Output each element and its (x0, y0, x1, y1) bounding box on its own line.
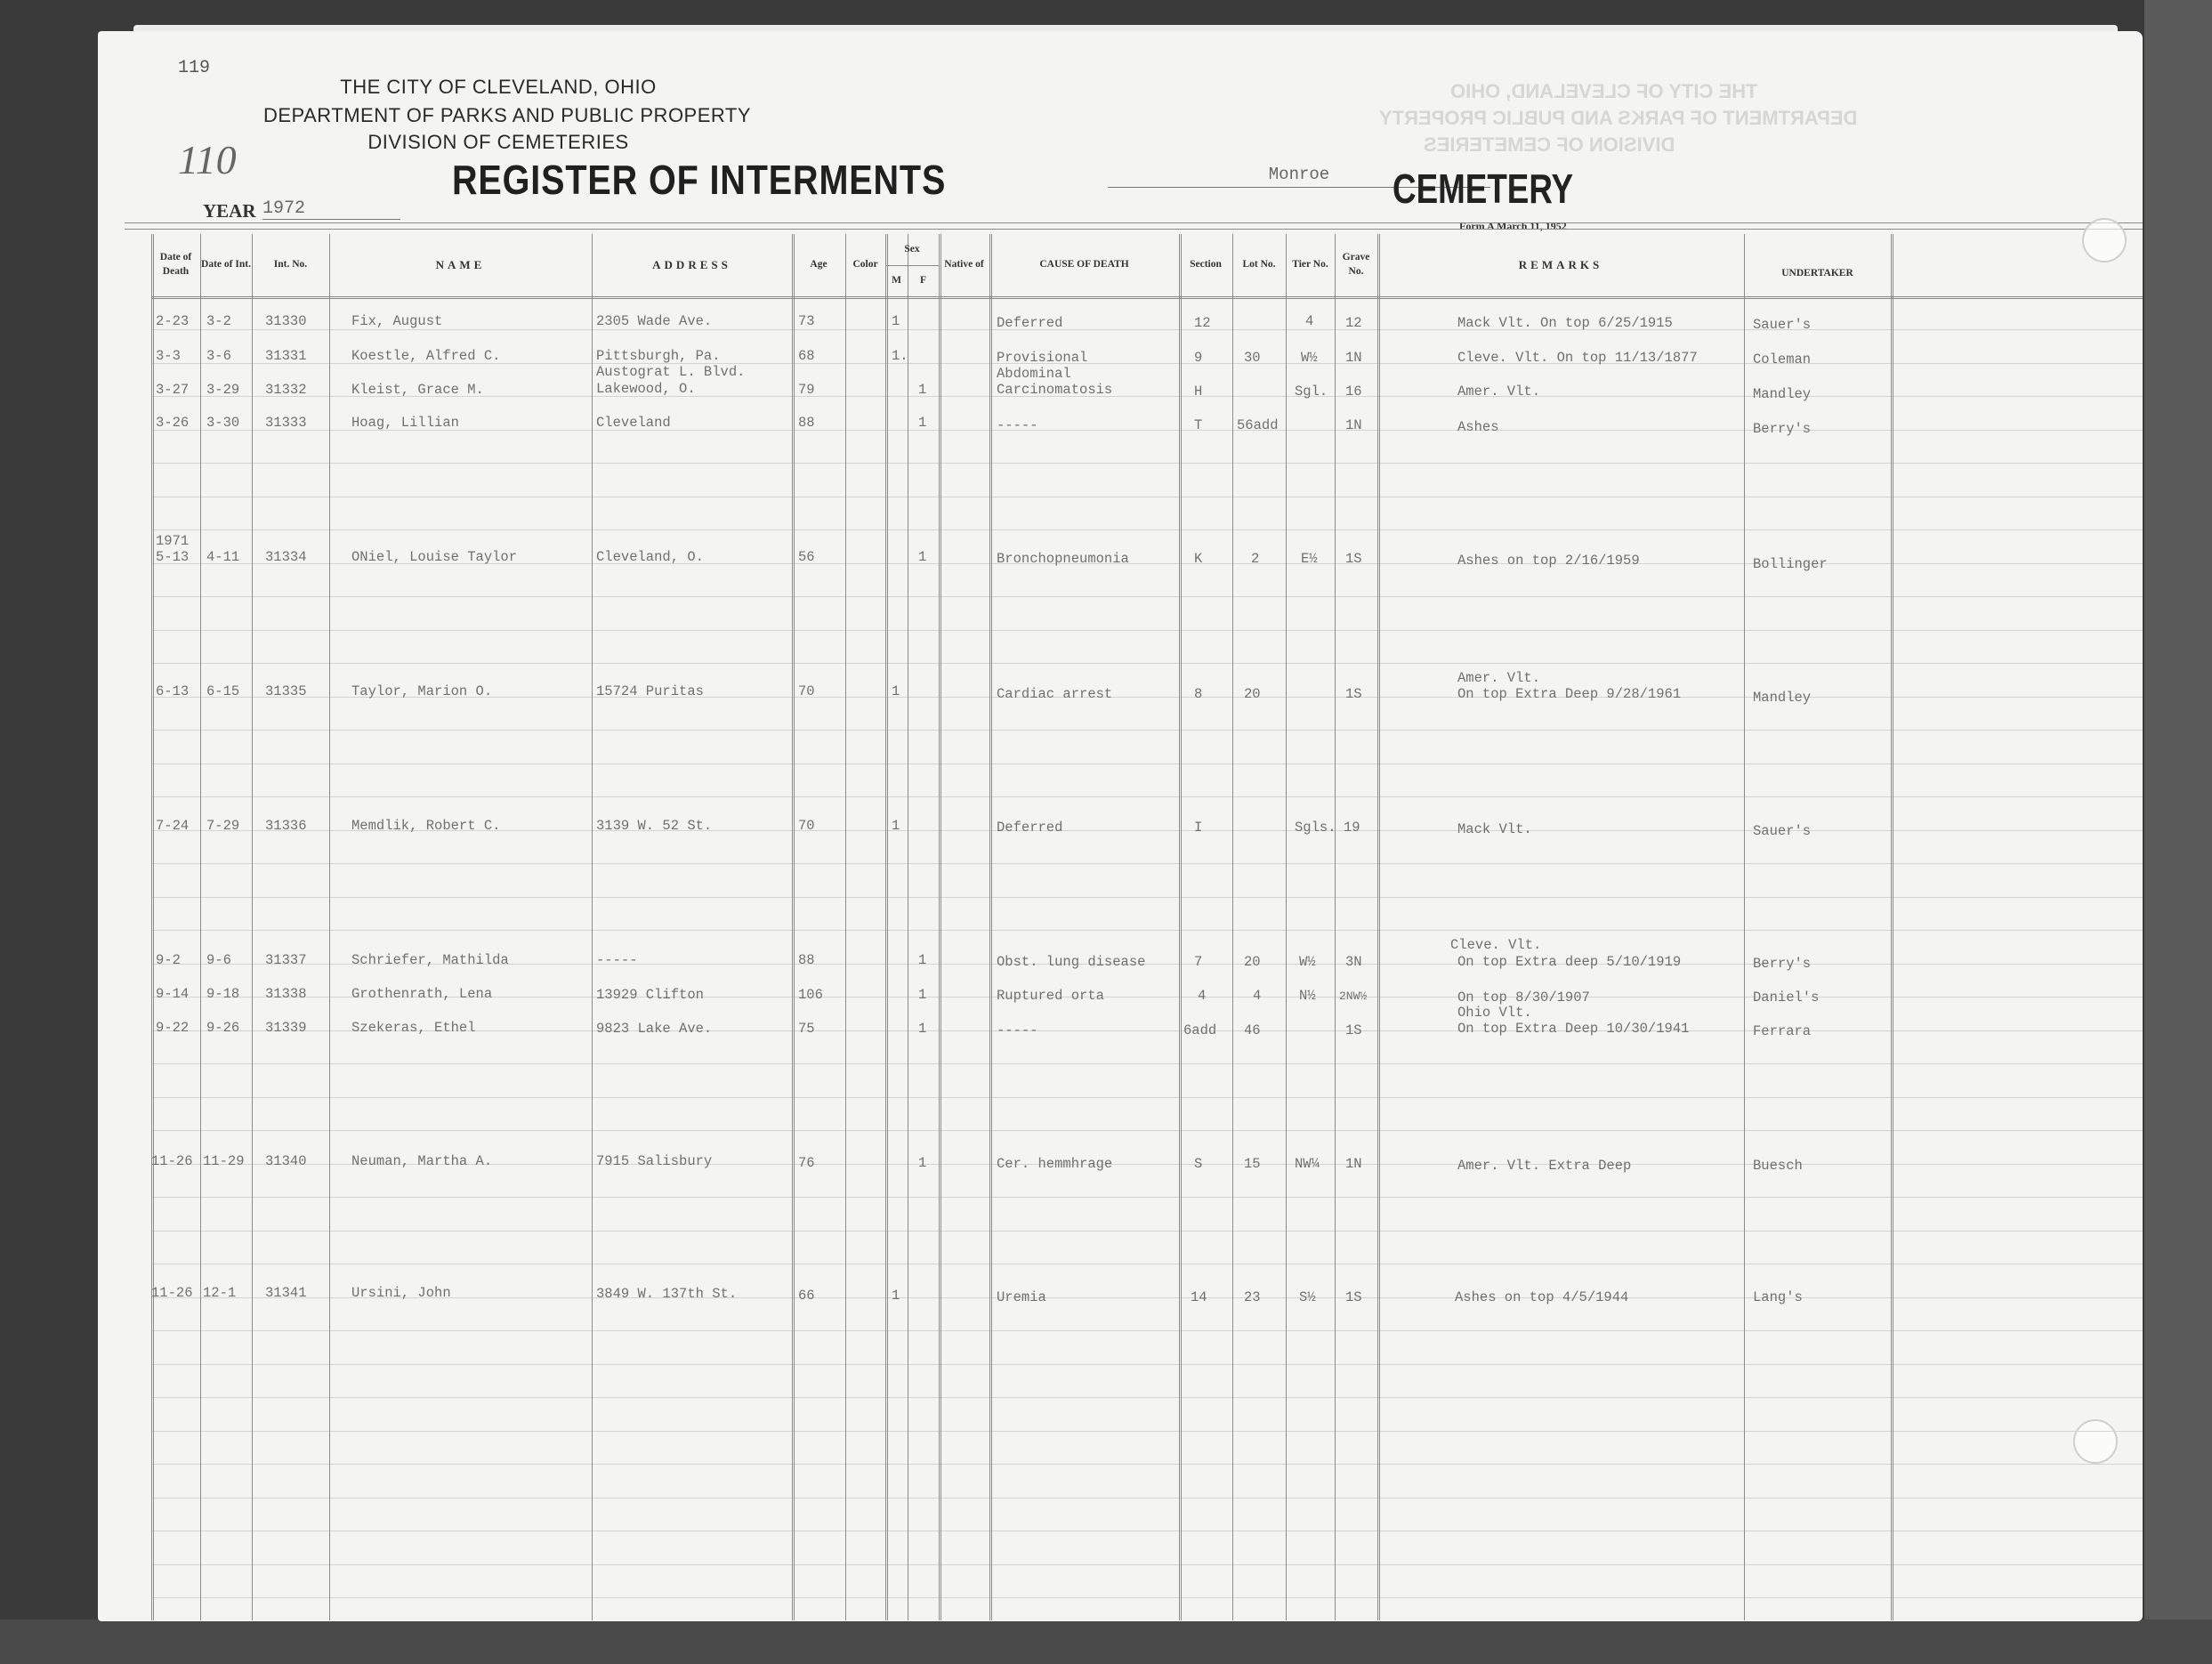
register-page: THE CITY OF CLEVELAND, OHIO DEPARTMENT O… (98, 31, 2143, 1621)
address: Cleveland (596, 415, 671, 432)
section: 6add (1183, 1022, 1216, 1039)
header-rule (125, 229, 2143, 230)
int-no: 31331 (265, 348, 307, 365)
section: 8 (1194, 686, 1202, 703)
address: Lakewood, O. (596, 381, 696, 398)
bleed-through-text: DIVISION OF CEMETERIES (1424, 133, 1675, 157)
name: Hoag, Lillian (351, 415, 459, 432)
undertaker: Buesch (1753, 1158, 1803, 1175)
remarks: Amer. Vlt. (1457, 384, 1540, 400)
col-header-native-of: Native of (939, 234, 989, 296)
undertaker: Ferrara (1753, 1023, 1811, 1040)
header-rule (125, 222, 2143, 223)
name: Taylor, Marion O. (351, 683, 492, 700)
name: Szekeras, Ethel (351, 1020, 476, 1037)
int-no: 31330 (265, 313, 307, 330)
undertaker: Lang's (1753, 1289, 1803, 1306)
tier: N½ (1299, 988, 1316, 1005)
date-of-death: 3-27 (156, 382, 189, 399)
cause-of-death: Provisional (997, 350, 1087, 367)
undertaker: Coleman (1753, 351, 1811, 368)
grave: 1S (1345, 1289, 1362, 1306)
date-of-int: 9-6 (206, 952, 231, 969)
remarks: Mack Vlt. (1457, 821, 1532, 838)
remarks: Ashes (1457, 419, 1499, 436)
undertaker: Mandley (1753, 386, 1811, 403)
address: 9823 Lake Ave. (596, 1021, 712, 1038)
date-of-death: 3-3 (156, 348, 181, 365)
year-field: 1972 (262, 198, 400, 220)
date-of-int: 3-6 (206, 348, 231, 365)
date-of-int: 11-29 (203, 1153, 245, 1170)
lot: 56add (1237, 417, 1279, 434)
name: Ursini, John (351, 1285, 451, 1302)
undertaker: Bollinger (1753, 556, 1828, 573)
col-header-remarks: REMARKS (1377, 234, 1744, 296)
remarks: On top Extra Deep 10/30/1941 (1457, 1021, 1689, 1038)
int-no: 31341 (265, 1285, 307, 1302)
tier: Sgls. (1295, 820, 1336, 836)
section: S (1194, 1156, 1202, 1173)
grave: 1N (1345, 350, 1362, 367)
grave: 12 (1345, 315, 1362, 332)
col-header-age: Age (792, 234, 845, 296)
name: Schriefer, Mathilda (351, 952, 509, 969)
grave: 1N (1345, 417, 1362, 434)
address: 3849 W. 137th St. (596, 1286, 737, 1303)
grave: 1S (1345, 1022, 1362, 1039)
age: 73 (798, 313, 815, 330)
grave: 3N (1345, 954, 1362, 971)
address: 7915 Salisbury (596, 1153, 712, 1170)
undertaker: Sauer's (1753, 317, 1811, 334)
header-division: DIVISION OF CEMETERIES (311, 131, 685, 154)
age: 70 (798, 818, 815, 835)
tier: W½ (1301, 350, 1318, 367)
address: 2305 Wade Ave. (596, 313, 712, 330)
cause-of-death: Bronchopneumonia (997, 551, 1129, 568)
name: Grothenrath, Lena (351, 986, 492, 1003)
col-header-lot-no: Lot No. (1232, 234, 1286, 296)
col-header-cause-of-death: CAUSE OF DEATH (989, 234, 1179, 296)
cemetery-label: CEMETERY (1393, 165, 1573, 213)
section: 7 (1194, 954, 1202, 971)
lot: 23 (1244, 1289, 1261, 1306)
undertaker: Mandley (1753, 690, 1811, 707)
remarks-line-1: Ohio Vlt. (1457, 1005, 1532, 1022)
section: I (1194, 820, 1202, 836)
cause-of-death: Ruptured orta (997, 988, 1104, 1005)
tier: W½ (1299, 954, 1316, 971)
sex-f: 1 (918, 382, 926, 399)
sex-f: 1 (918, 987, 926, 1004)
int-no: 31338 (265, 986, 307, 1003)
tier: 4 (1305, 313, 1313, 330)
int-no: 31335 (265, 683, 307, 700)
date-of-int: 3-2 (206, 313, 231, 330)
col-header-name: NAME (329, 234, 592, 296)
binder-bottom (0, 1620, 2212, 1664)
cause-of-death: Uremia (997, 1289, 1046, 1306)
cause-of-death: Deferred (997, 820, 1062, 836)
cause-line-1: Abdominal (997, 366, 1071, 383)
interments-table: Date of Death Date of Int. Int. No. NAME… (151, 234, 2143, 1620)
section: 9 (1194, 350, 1202, 367)
name: Fix, August (351, 313, 442, 330)
age: 68 (798, 348, 815, 365)
header-department: DEPARTMENT OF PARKS AND PUBLIC PROPERTY (222, 104, 792, 127)
date-of-int: 4-11 (206, 549, 239, 566)
col-header-section: Section (1179, 234, 1232, 296)
year-note: 1971 (156, 533, 189, 550)
date-of-death: 6-13 (156, 683, 189, 700)
sex-f: 1 (918, 415, 926, 432)
remarks-line-1: Cleve. Vlt. (1450, 937, 1541, 954)
undertaker: Berry's (1753, 421, 1811, 438)
lot: 30 (1244, 350, 1261, 367)
age: 88 (798, 415, 815, 432)
lot: 20 (1244, 686, 1261, 703)
name: Koestle, Alfred C. (351, 348, 500, 365)
date-of-int: 9-26 (206, 1020, 239, 1037)
name: Neuman, Martha A. (351, 1153, 492, 1170)
handwritten-note: 110 (178, 136, 237, 183)
sex-m: 1 (892, 818, 900, 835)
tier: E½ (1301, 551, 1318, 568)
col-header-address: ADDRESS (592, 234, 792, 296)
section: K (1194, 551, 1202, 568)
bleed-through-text: THE CITY OF CLEVELAND, OHIO (1450, 80, 1758, 103)
grave: 16 (1345, 384, 1362, 400)
address: Pittsburgh, Pa. (596, 348, 721, 365)
cause-of-death: Cer. hemmhrage (997, 1156, 1112, 1173)
date-of-death: 9-22 (156, 1020, 189, 1037)
remarks: Ashes on top 2/16/1959 (1457, 553, 1640, 569)
section: 14 (1191, 1289, 1207, 1306)
grave: 2NW½ (1339, 988, 1367, 1005)
cause-of-death: Cardiac arrest (997, 686, 1112, 703)
sex-f: 1 (918, 1021, 926, 1038)
lot: 15 (1244, 1156, 1261, 1173)
undertaker: Berry's (1753, 956, 1811, 973)
name: Kleist, Grace M. (351, 382, 484, 399)
date-of-death: 11-26 (151, 1153, 193, 1170)
sex-f: 1 (918, 1155, 926, 1172)
date-of-int: 12-1 (203, 1285, 236, 1302)
int-no: 31332 (265, 382, 307, 399)
age: 76 (798, 1155, 815, 1172)
sex-m: 1 (892, 1288, 900, 1305)
undertaker: Daniel's (1753, 990, 1819, 1006)
sex-m: 1 (892, 683, 900, 700)
page-title: REGISTER OF INTERMENTS (452, 156, 946, 204)
grave: 19 (1344, 820, 1360, 836)
section: T (1194, 417, 1202, 434)
lot: 2 (1251, 551, 1259, 568)
remarks: Mack Vlt. On top 6/25/1915 (1457, 315, 1673, 332)
grave: 1S (1345, 686, 1362, 703)
date-of-int: 7-29 (206, 818, 239, 835)
date-of-death: 11-26 (151, 1285, 193, 1302)
address: 13929 Clifton (596, 987, 704, 1004)
age: 79 (798, 382, 815, 399)
date-of-int: 9-18 (206, 986, 239, 1003)
year-label: YEAR (203, 200, 256, 222)
tier: Sgl. (1295, 384, 1328, 400)
col-header-color: Color (845, 234, 885, 296)
lot: 4 (1253, 988, 1261, 1005)
remarks-line-1: Amer. Vlt. (1457, 670, 1540, 687)
remarks: Amer. Vlt. Extra Deep (1457, 1158, 1631, 1175)
binder-edge (2144, 0, 2212, 1664)
address: 15724 Puritas (596, 683, 704, 700)
int-no: 31333 (265, 415, 307, 432)
date-of-int: 3-30 (206, 415, 239, 432)
age: 66 (798, 1288, 815, 1305)
col-header-sex-m: M (885, 265, 908, 296)
cause-of-death: ----- (997, 417, 1038, 434)
col-header-grave-no: Grave No. (1335, 234, 1377, 296)
col-header-int-no: Int. No. (252, 234, 329, 296)
age: 56 (798, 549, 815, 566)
age: 75 (798, 1021, 815, 1038)
col-header-date-of-int: Date of Int. (200, 234, 252, 296)
sex-m: 1 (892, 313, 900, 330)
address: 3139 W. 52 St. (596, 818, 712, 835)
int-no: 31339 (265, 1020, 307, 1037)
cause-of-death: ----- (997, 1022, 1038, 1039)
section: 4 (1198, 988, 1206, 1005)
name: Memdlik, Robert C. (351, 818, 500, 835)
tier: NW¼ (1295, 1156, 1320, 1173)
address: Cleveland, O. (596, 549, 704, 566)
col-header-sex: Sex (885, 234, 939, 265)
address: ----- (596, 952, 638, 969)
remarks: Cleve. Vlt. On top 11/13/1877 (1457, 350, 1698, 367)
col-header-date-of-death: Date of Death (151, 234, 200, 296)
age: 106 (798, 987, 823, 1004)
date-of-death: 9-14 (156, 986, 189, 1003)
header-city: THE CITY OF CLEVELAND, OHIO (303, 76, 694, 99)
grave: 1S (1345, 551, 1362, 568)
int-no: 31336 (265, 818, 307, 835)
sex-m: 1. (892, 348, 908, 365)
grave: 1N (1345, 1156, 1362, 1173)
date-of-int: 6-15 (206, 683, 239, 700)
name: ONiel, Louise Taylor (351, 549, 517, 566)
undertaker: Sauer's (1753, 823, 1811, 840)
col-header-tier-no: Tier No. (1286, 234, 1335, 296)
header-rule-bottom (151, 296, 2143, 299)
remarks: Ashes on top 4/5/1944 (1455, 1289, 1628, 1306)
lot: 20 (1244, 954, 1261, 971)
date-of-int: 3-29 (206, 382, 239, 399)
section: 12 (1194, 315, 1211, 332)
lot: 46 (1244, 1022, 1261, 1039)
int-no: 31340 (265, 1153, 307, 1170)
page-number: 119 (178, 58, 210, 78)
int-no: 31337 (265, 952, 307, 969)
section: H (1194, 384, 1202, 400)
int-no: 31334 (265, 549, 307, 566)
age: 70 (798, 683, 815, 700)
date-of-death: 3-26 (156, 415, 189, 432)
cause-of-death: Obst. lung disease (997, 954, 1145, 971)
address-line-1: Austograt L. Blvd. (596, 364, 745, 381)
date-of-death: 7-24 (156, 818, 189, 835)
date-of-death: 9-2 (156, 952, 181, 969)
cause-of-death: Deferred (997, 315, 1062, 332)
tier: S½ (1299, 1289, 1316, 1306)
sex-f: 1 (918, 549, 926, 566)
cause-of-death: Carcinomatosis (997, 382, 1112, 399)
remarks: On top Extra deep 5/10/1919 (1457, 954, 1681, 971)
age: 88 (798, 952, 815, 969)
date-of-death: 2-23 (156, 313, 189, 330)
date-of-death: 5-13 (156, 549, 189, 566)
remarks: On top Extra Deep 9/28/1961 (1457, 686, 1681, 703)
sex-f: 1 (918, 952, 926, 969)
bleed-through-text: DEPARTMENT OF PARKS AND PUBLIC PROPERTY (1379, 107, 1857, 130)
col-header-sex-f: F (908, 265, 939, 296)
